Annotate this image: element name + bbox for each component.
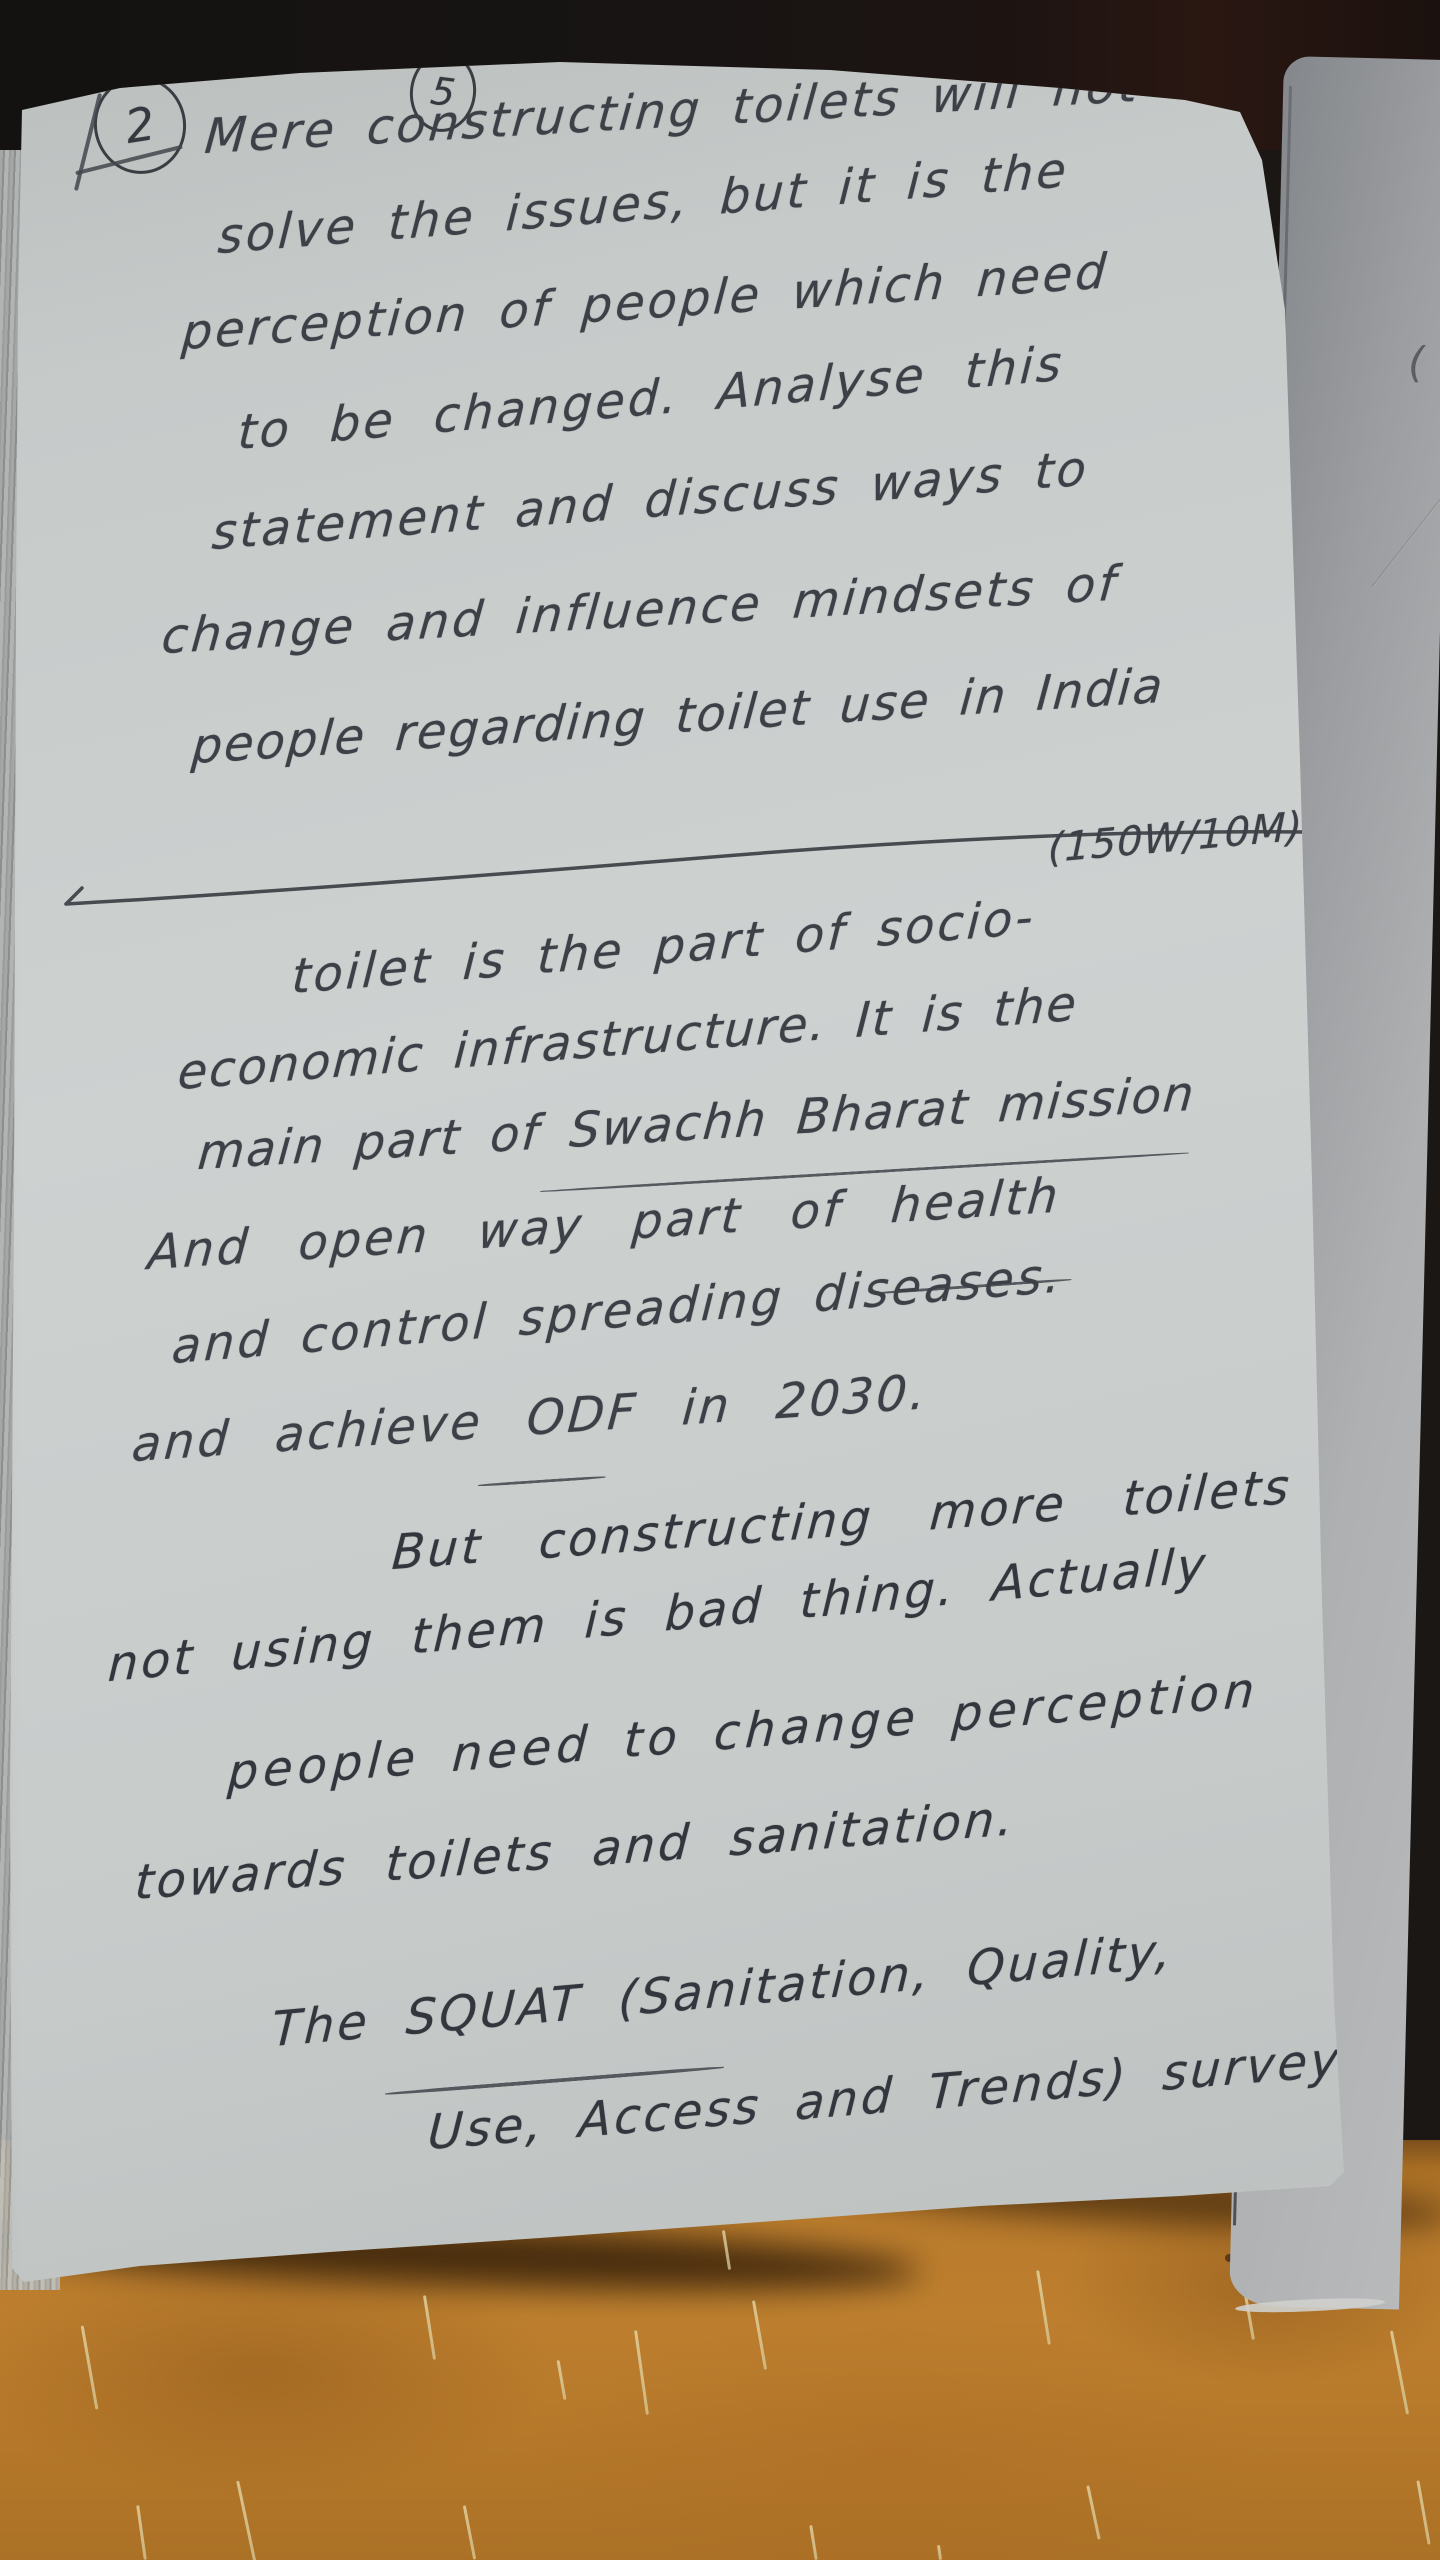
handwritten-line: solve the issues, but it is the [216, 145, 1070, 263]
handwritten-line: to be changed. Analyse this [237, 338, 1066, 458]
handwritten-line: not using them is bad thing. Actually [107, 1540, 1210, 1691]
notebook-photo: ( 2 5 Mere constructing toilets will not… [0, 0, 1440, 2560]
handwritten-line: people regarding toilet use in India [190, 661, 1166, 773]
handwritten-line: The SQUAT (Sanitation, Quality, [271, 1926, 1175, 2056]
handwritten-page: 2 5 Mere constructing toilets will not s… [0, 0, 1440, 2560]
handwritten-line: towards toilets and sanitation. [133, 1793, 1017, 1908]
underline-odf [478, 1476, 606, 1487]
handwritten-line: Use, Access and Trends) survey [426, 2034, 1342, 2158]
handwritten-line: perception of people which need [180, 246, 1111, 358]
question-number: 2 [121, 96, 158, 154]
handwritten-line: people need to change perception [226, 1665, 1260, 1799]
stray-pen-mark: ( [1408, 338, 1424, 387]
handwritten-line: and achieve ODF in 2030. [130, 1367, 930, 1471]
handwritten-line: statement and discuss ways to [210, 443, 1090, 558]
handwritten-line: change and influence mindsets of [160, 558, 1121, 662]
